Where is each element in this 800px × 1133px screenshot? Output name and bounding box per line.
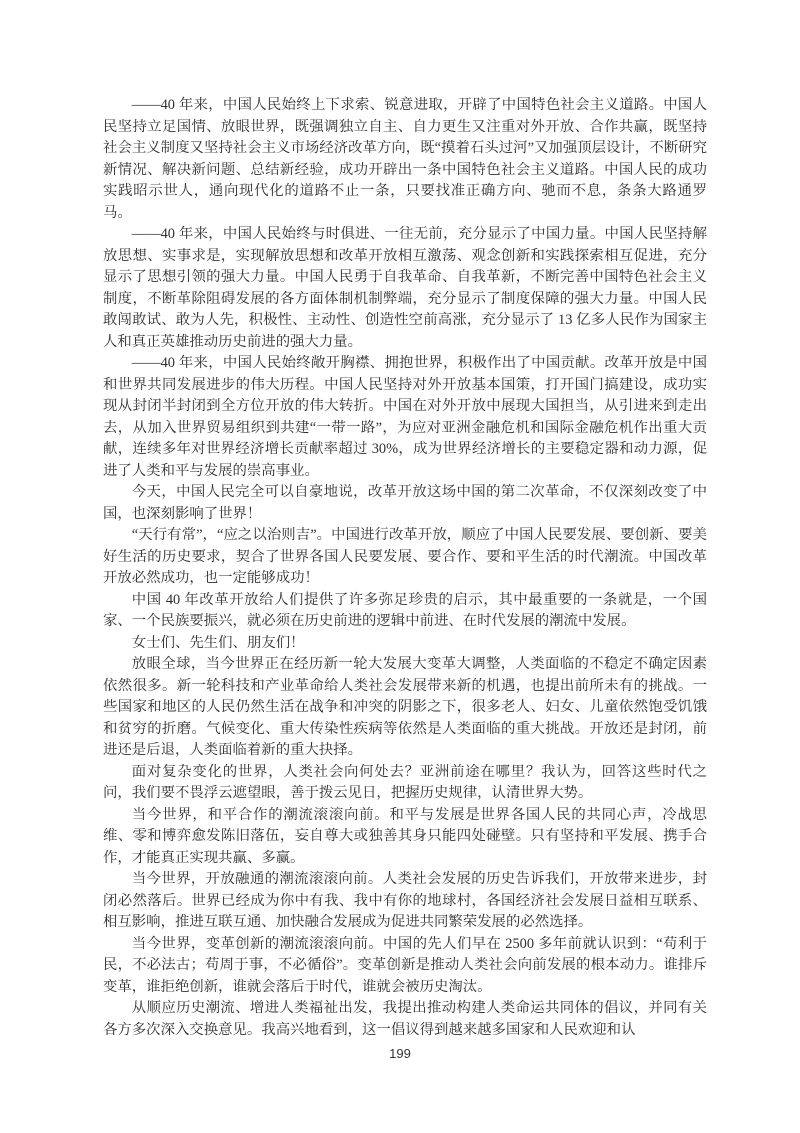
page-number: 199	[0, 1046, 800, 1062]
paragraph: ——40 年来，中国人民始终敞开胸襟、拥抱世界，积极作出了中国贡献。改革开放是中…	[103, 353, 707, 482]
paragraph: 当今世界，变革创新的潮流滚滚向前。中国的先人们早在 2500 多年前就认识到：“…	[103, 934, 707, 999]
document-page: ——40 年来，中国人民始终上下求索、锐意进取，开辟了中国特色社会主义道路。中国…	[0, 0, 800, 1133]
paragraph: 女士们、先生们、朋友们！	[103, 633, 707, 655]
paragraph: “天行有常”，“应之以治则吉”。中国进行改革开放，顺应了中国人民要发展、要创新、…	[103, 525, 707, 590]
paragraph: 今天，中国人民完全可以自豪地说，改革开放这场中国的第二次革命，不仅深刻改变了中国…	[103, 482, 707, 525]
document-body: ——40 年来，中国人民始终上下求索、锐意进取，开辟了中国特色社会主义道路。中国…	[103, 95, 707, 1041]
paragraph: 放眼全球，当今世界正在经历新一轮大发展大变革大调整，人类面临的不稳定不确定因素依…	[103, 654, 707, 762]
paragraph: ——40 年来，中国人民始终与时俱进、一往无前，充分显示了中国力量。中国人民坚持…	[103, 224, 707, 353]
paragraph: 面对复杂变化的世界，人类社会向何处去？亚洲前途在哪里？我认为，回答这些时代之问，…	[103, 762, 707, 805]
paragraph: ——40 年来，中国人民始终上下求索、锐意进取，开辟了中国特色社会主义道路。中国…	[103, 95, 707, 224]
paragraph: 中国 40 年改革开放给人们提供了许多弥足珍贵的启示，其中最重要的一条就是，一个…	[103, 590, 707, 633]
paragraph: 从顺应历史潮流、增进人类福祉出发，我提出推动构建人类命运共同体的倡议，并同有关各…	[103, 998, 707, 1041]
paragraph: 当今世界，和平合作的潮流滚滚向前。和平与发展是世界各国人民的共同心声，冷战思维、…	[103, 805, 707, 870]
paragraph: 当今世界，开放融通的潮流滚滚向前。人类社会发展的历史告诉我们，开放带来进步，封闭…	[103, 869, 707, 934]
